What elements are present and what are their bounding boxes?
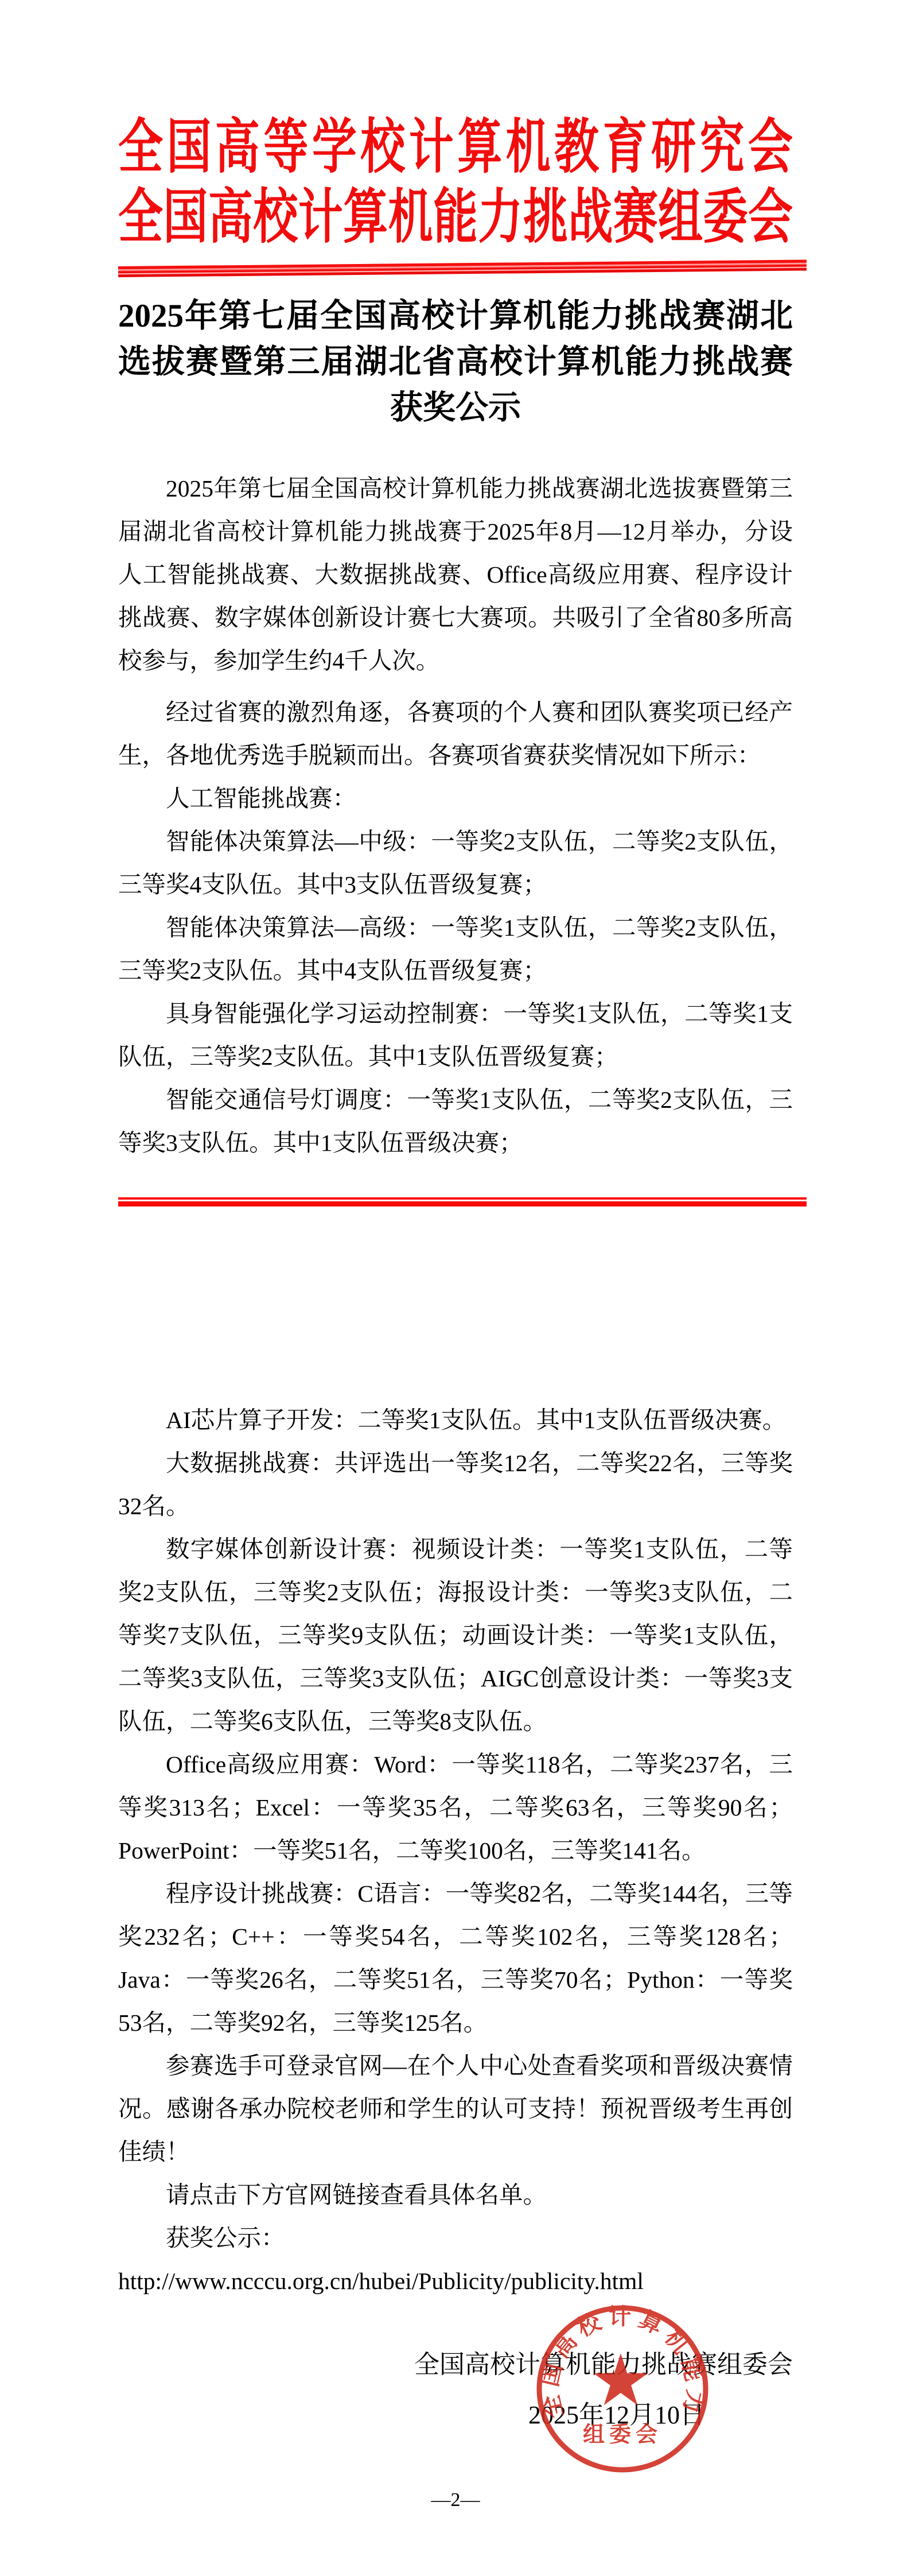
page1-body: 2025年第七届全国高校计算机能力挑战赛湖北选拔赛暨第三届湖北省高校计算机能力挑… xyxy=(118,467,793,1165)
body-paragraph: Office高级应用赛：Word：一等奖118名，二等奖237名，三等奖313名… xyxy=(118,1743,793,1872)
body-paragraph: 数字媒体创新设计赛：视频设计类：一等奖1支队伍，二等奖2支队伍，三等奖2支队伍；… xyxy=(118,1528,793,1743)
letterhead-divider xyxy=(118,259,807,277)
body-paragraph: 程序设计挑战赛：C语言：一等奖82名，二等奖144名，三等奖232名；C++：一… xyxy=(118,1872,793,2044)
seal-star-icon xyxy=(593,2353,648,2406)
publicity-url-link[interactable]: http://www.ncccu.org.cn/hubei/Publicity/… xyxy=(118,2268,644,2294)
seal-center-text: 组委会 xyxy=(583,2423,662,2447)
page-number: —2— xyxy=(118,2489,793,2512)
body-paragraph: 大数据挑战赛：共评选出一等奖12名，二等奖22名，三等奖32名。 xyxy=(118,1442,793,1528)
document-page: 全国高等学校计算机教育研究会 全国高校计算机能力挑战赛组委会 2025年第七届全… xyxy=(0,0,911,2576)
page-break-divider xyxy=(118,1197,807,1206)
body-paragraph: 具身智能强化学习运动控制赛：一等奖1支队伍，二等奖1支队伍，三等奖2支队伍。其中… xyxy=(118,992,793,1078)
letterhead-line-committee: 全国高校计算机能力挑战赛组委会 xyxy=(118,185,793,250)
letterhead-line-society: 全国高等学校计算机教育研究会 xyxy=(118,115,793,180)
body-paragraph: 获奖公示： xyxy=(118,2217,793,2260)
body-paragraph: 经过省赛的激烈角逐，各赛项的个人赛和团队赛奖项已经产生，各地优秀选手脱颖而出。各… xyxy=(118,691,793,777)
body-paragraph: 智能体决策算法—中级：一等奖2支队伍，二等奖2支队伍，三等奖4支队伍。其中3支队… xyxy=(118,820,793,906)
page2-body: AI芯片算子开发：二等奖1支队伍。其中1支队伍晋级决赛。 大数据挑战赛：共评选出… xyxy=(118,1399,793,2303)
body-paragraph: AI芯片算子开发：二等奖1支队伍。其中1支队伍晋级决赛。 xyxy=(118,1399,793,1442)
document-title: 2025年第七届全国高校计算机能力挑战赛湖北选拔赛暨第三届湖北省高校计算机能力挑… xyxy=(118,293,793,431)
body-paragraph: 请点击下方官网链接查看具体名单。 xyxy=(118,2174,793,2217)
url-line: http://www.ncccu.org.cn/hubei/Publicity/… xyxy=(118,2260,793,2303)
body-paragraph: 参赛选手可登录官网—在个人中心处查看奖项和晋级决赛情况。感谢各承办院校老师和学生… xyxy=(118,2044,793,2174)
body-paragraph: 人工智能挑战赛： xyxy=(118,777,793,820)
official-seal: 全国高校计算机能力挑战赛 组委会 xyxy=(534,2303,711,2476)
body-paragraph: 智能体决策算法—高级：一等奖1支队伍，二等奖2支队伍，三等奖2支队伍。其中4支队… xyxy=(118,906,793,992)
body-paragraph: 智能交通信号灯调度：一等奖1支队伍，二等奖2支队伍，三等奖3支队伍。其中1支队伍… xyxy=(118,1078,793,1165)
body-paragraph: 2025年第七届全国高校计算机能力挑战赛湖北选拔赛暨第三届湖北省高校计算机能力挑… xyxy=(118,467,793,682)
